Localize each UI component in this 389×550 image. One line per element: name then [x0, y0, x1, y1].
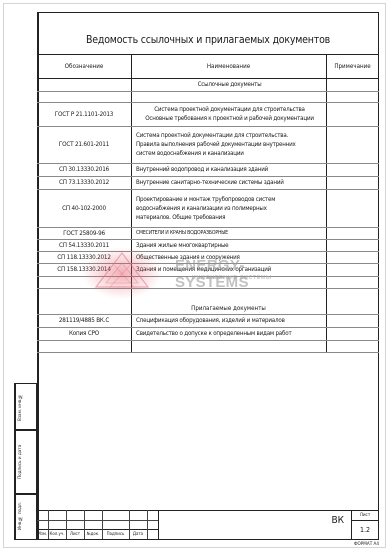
- section-attached-documents: Прилагаемые документы: [131, 288, 326, 314]
- doc-name-line: систем водоснабжения и канализации: [136, 149, 244, 158]
- sheet-number: 1.2: [351, 521, 379, 539]
- doc-name-line: водоснабжения и канализации из полимерны…: [136, 204, 267, 213]
- doc-name-line: Система проектной документации для строи…: [136, 131, 288, 140]
- header-designation: Обозначение: [37, 54, 131, 78]
- doc-code: СП 40-102-2000: [37, 189, 131, 227]
- col-sheet: Лист: [66, 529, 84, 539]
- doc-name: Система проектной документации для строи…: [133, 126, 326, 163]
- header-note: Примечание: [326, 54, 379, 78]
- side-stamp-label: Взам. инв.№: [15, 384, 25, 430]
- col-signature: Подпись: [102, 529, 129, 539]
- doc-name: Здания и помещения медицинских организац…: [133, 263, 326, 276]
- doc-code: Копия СРО: [37, 327, 131, 340]
- doc-name: Свидетельство о допуске к определенным в…: [133, 327, 326, 340]
- row-line: [37, 91, 379, 92]
- doc-name: Внутренний водопровод и канализация здан…: [133, 163, 326, 176]
- column-divider-2: [326, 54, 327, 352]
- col-date: Дата: [129, 529, 147, 539]
- title-block-code: ВК: [290, 515, 350, 526]
- row-line: [37, 276, 379, 277]
- side-stamp-signature-date: Подпись и дата: [14, 429, 37, 495]
- title-block-vline: [158, 510, 159, 539]
- side-stamp-replaced-inv: Взам. инв.№: [14, 383, 37, 431]
- row-line: [37, 340, 379, 341]
- doc-name: Общественные здания и сооружения: [133, 251, 326, 263]
- doc-code: 281119/4885 ВК.С: [37, 314, 131, 327]
- doc-name-line: Проектирование и монтаж трубопроводов си…: [136, 195, 275, 204]
- doc-name: Внутренние санитарно-технические системы…: [133, 176, 326, 189]
- side-stamp-label: Инв.№ подл.: [15, 494, 25, 539]
- doc-code: СП 118.13330.2012: [37, 251, 131, 263]
- doc-name: Здания жилые многоквартирные: [133, 239, 326, 251]
- title-block-top-line: [37, 510, 379, 511]
- doc-name: Спецификация оборудования, изделий и мат…: [133, 314, 326, 327]
- header-name: Наименование: [131, 54, 326, 78]
- title-block-line: [37, 520, 158, 521]
- doc-name: СМЕСИТЕЛИ И КРАНЫ ВОДОРАЗБОРНЫЕ: [133, 227, 326, 239]
- col-change: Изм.: [37, 529, 48, 539]
- doc-code: СП 30.13330.2016: [37, 163, 131, 176]
- doc-code: ГОСТ 21.601-2011: [37, 126, 131, 163]
- col-doc-no: №док.: [84, 529, 102, 539]
- doc-code: ГОСТ Р 21.1101-2013: [37, 102, 131, 126]
- doc-name-line: Основные требования к проектной и рабоче…: [145, 114, 314, 123]
- doc-name-line: материалов. Общие требования: [136, 213, 225, 222]
- document-title: Ведомость ссылочных и прилагаемых докуме…: [37, 34, 379, 46]
- title-block-vline: [147, 510, 148, 539]
- doc-name: Система проектной документации для строи…: [133, 102, 326, 126]
- section-referenced-documents: Ссылочные документы: [133, 78, 326, 91]
- doc-code: СП 73.13330.2012: [37, 176, 131, 189]
- doc-name-line: Правила выполнения рабочей документации …: [136, 140, 296, 149]
- doc-name: Проектирование и монтаж трубопроводов си…: [133, 189, 326, 227]
- sheet-label: Лист: [351, 510, 379, 520]
- doc-name-line: Система проектной документации для строи…: [154, 105, 305, 114]
- col-qty: Кол.уч.: [48, 529, 66, 539]
- side-stamp-label: Подпись и дата: [15, 430, 25, 494]
- side-stamp-original-inv: Инв.№ подл.: [14, 493, 37, 540]
- doc-code: СП 54.13330.2011: [37, 239, 131, 251]
- row-line: [37, 352, 379, 353]
- doc-code: СП 158.13330.2014: [37, 263, 131, 276]
- format-label: ФОРМАТ А4: [330, 542, 379, 547]
- doc-code: ГОСТ 25809-96: [37, 227, 131, 239]
